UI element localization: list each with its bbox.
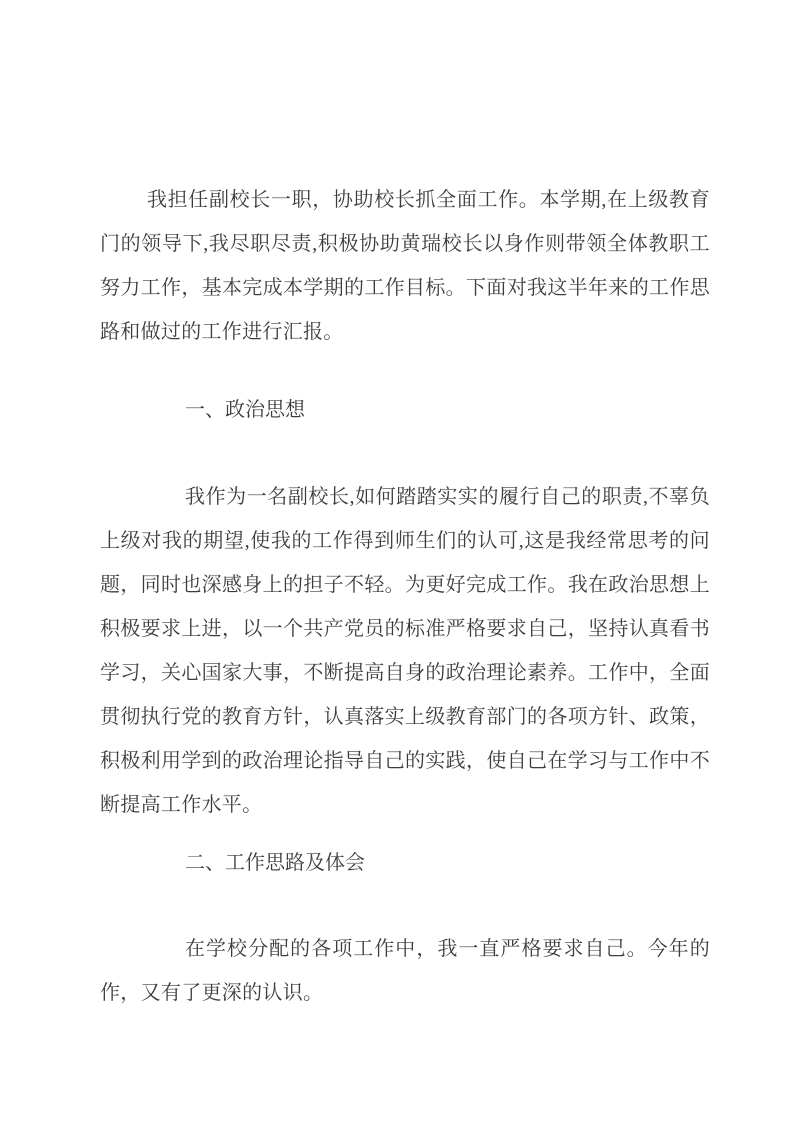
text-line: 我担任副校长一职，协助校长抓全面工作。本学期,在上级教育部 xyxy=(100,178,710,222)
text-line: 积极要求上进，以一个共产党员的标准严格要求自己，坚持认真看书 xyxy=(100,607,710,651)
text-line: 断提高工作水平。 xyxy=(100,783,710,827)
text-line: 努力工作，基本完成本学期的工作目标。下面对我这半年来的工作思 xyxy=(100,266,710,310)
text-line: 在学校分配的各项工作中，我一直严格要求自己。今年的工 xyxy=(100,927,710,971)
text-line: 我作为一名副校长,如何踏踏实实的履行自己的职责,不辜负 xyxy=(100,475,710,519)
text-line: 积极利用学到的政治理论指导自己的实践，使自己在学习与工作中不 xyxy=(100,739,710,783)
paragraph-intro: 我担任副校长一职，协助校长抓全面工作。本学期,在上级教育部 门的领导下,我尽职尽… xyxy=(100,178,710,354)
text-line: 题，同时也深感身上的担子不轻。为更好完成工作。我在政治思想上 xyxy=(100,563,710,607)
section-heading-work-ideas: 二、工作思路及体会 xyxy=(100,841,710,885)
document-page: 我担任副校长一职，协助校长抓全面工作。本学期,在上级教育部 门的领导下,我尽职尽… xyxy=(0,0,793,1122)
text-line: 作，又有了更深的认识。 xyxy=(100,971,710,1015)
paragraph-political-thought: 我作为一名副校长,如何踏踏实实的履行自己的职责,不辜负 上级对我的期望,使我的工… xyxy=(100,475,710,827)
text-line: 贯彻执行党的教育方针，认真落实上级教育部门的各项方针、政策， xyxy=(100,695,710,739)
text-line: 上级对我的期望,使我的工作得到师生们的认可,这是我经常思考的问 xyxy=(100,519,710,563)
section-heading-political-thought: 一、政治思想 xyxy=(100,388,710,432)
paragraph-work-ideas: 在学校分配的各项工作中，我一直严格要求自己。今年的工 作，又有了更深的认识。 xyxy=(100,927,710,1015)
text-line: 路和做过的工作进行汇报。 xyxy=(100,310,710,354)
text-line: 学习，关心国家大事，不断提高自身的政治理论素养。工作中，全面 xyxy=(100,651,710,695)
text-line: 门的领导下,我尽职尽责,积极协助黄瑞校长以身作则带领全体教职工 xyxy=(100,222,710,266)
